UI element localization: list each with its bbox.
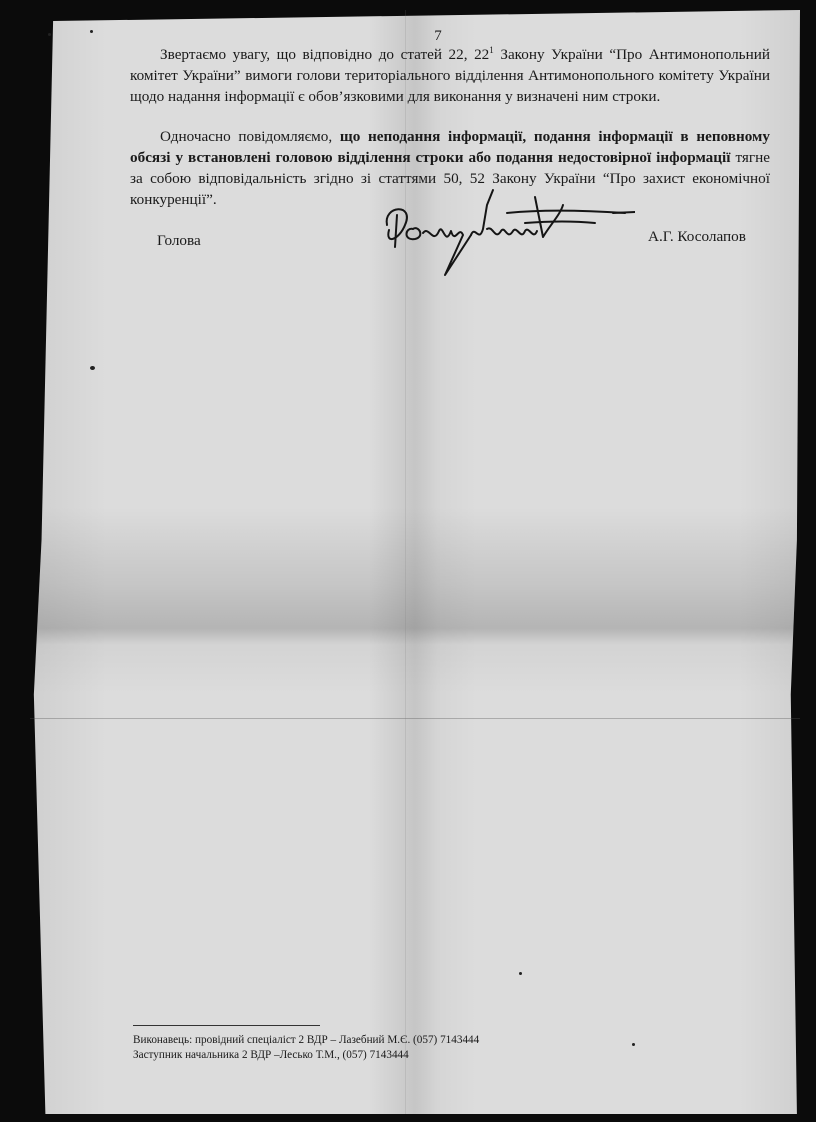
footnote-deputy: Заступник начальника 2 ВДР –Лесько Т.М.,…	[133, 1048, 409, 1062]
paragraph-text: Звертаємо увагу, що відповідно до статей…	[160, 46, 489, 63]
paragraph-lead: Одночасно повідомляємо,	[160, 128, 340, 145]
signatory-position: Голова	[157, 232, 201, 250]
handwritten-signature	[375, 185, 635, 280]
page-number: 7	[0, 28, 816, 45]
scan-speck	[632, 1043, 635, 1046]
scan-speck	[519, 972, 522, 975]
paragraph-legal-notice: Звертаємо увагу, що відповідно до статей…	[130, 44, 770, 107]
footnote-executor: Виконавець: провідний спеціаліст 2 ВДР –…	[133, 1033, 479, 1047]
scan-speck	[90, 366, 95, 370]
footnote-separator	[133, 1025, 320, 1026]
horizontal-fold-crease	[30, 718, 800, 719]
signatory-name: А.Г. Косолапов	[648, 228, 746, 246]
